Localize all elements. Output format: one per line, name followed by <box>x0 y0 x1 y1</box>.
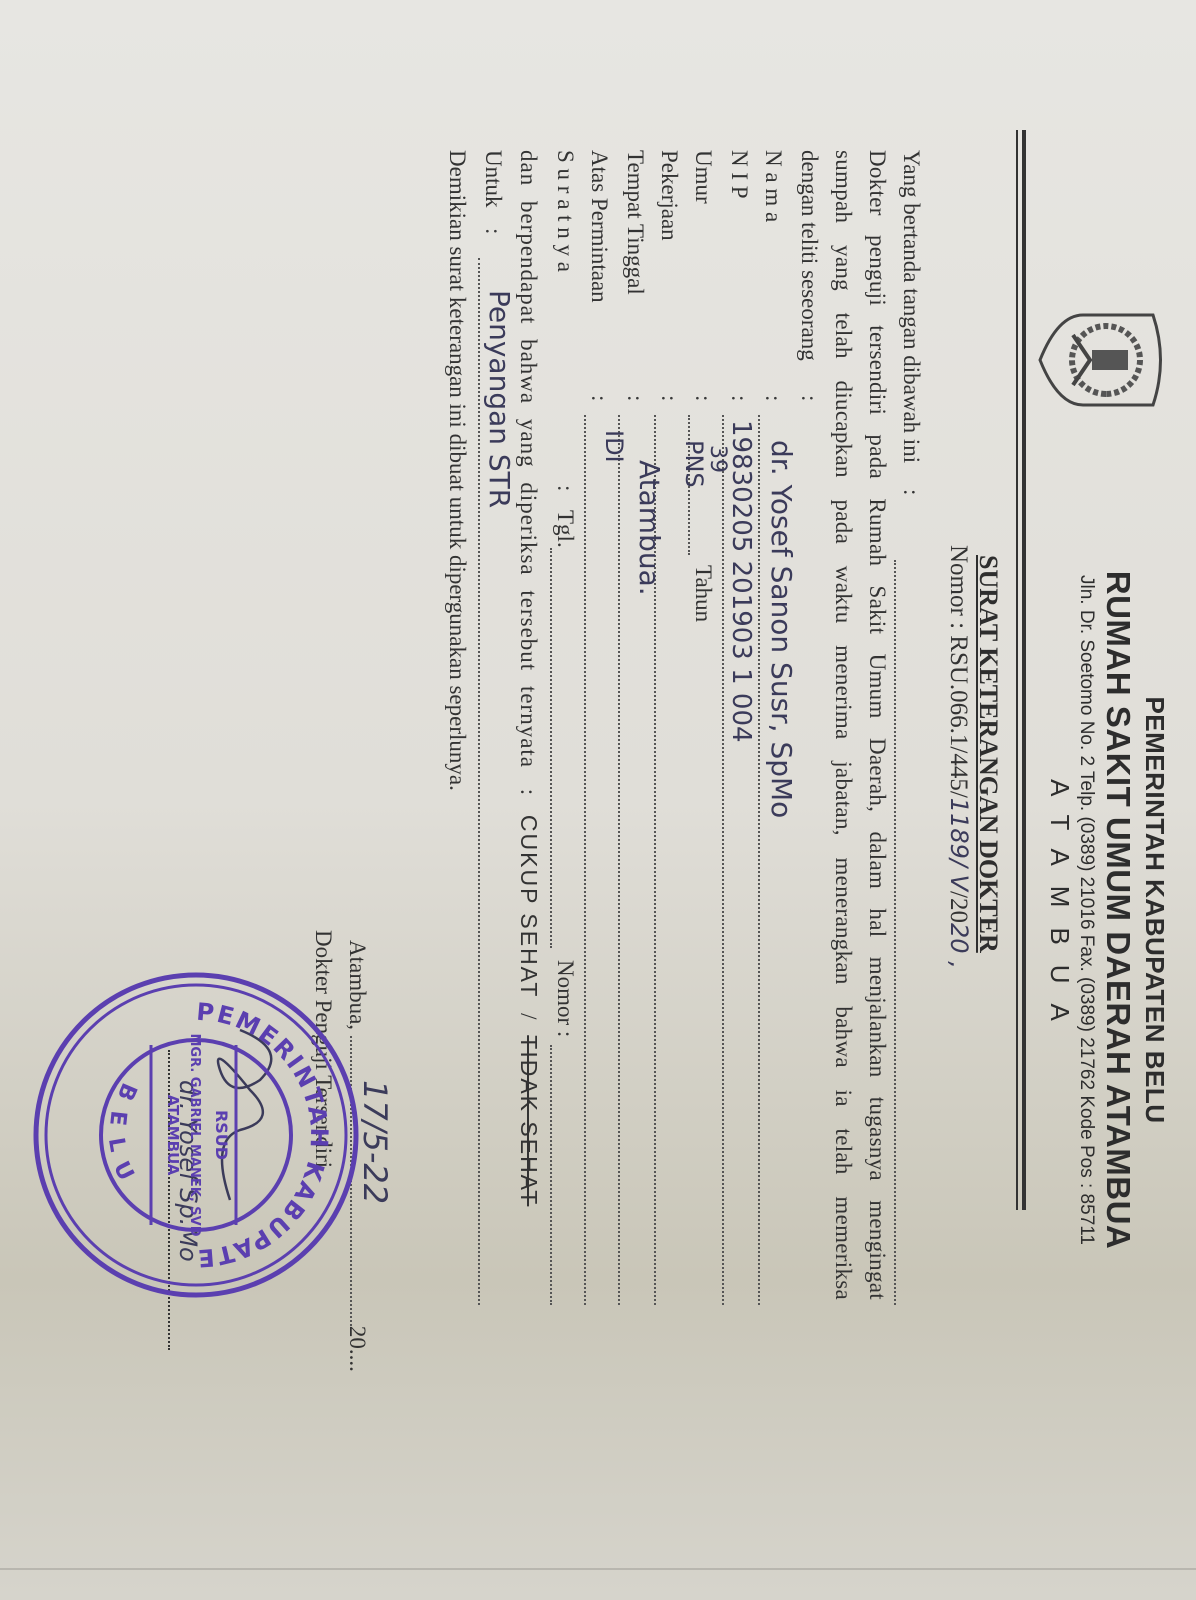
field-value-nip: 19830205 201903 1 004 <box>726 420 756 743</box>
field-label-nama: N a m a <box>760 150 786 222</box>
intro-text: Yang bertanda tangan dibawah ini <box>899 150 924 463</box>
field-label-nip: N I P <box>726 150 752 199</box>
colon: : <box>552 485 578 491</box>
field-value-untuk: Penyangan STR <box>483 290 516 508</box>
field-value-umur: 39 <box>705 445 730 473</box>
number-year: 20 , <box>945 923 973 969</box>
field-label-tempat-tinggal: Tempat Tinggal <box>622 150 648 295</box>
intro-text-3: dengan teliti seseorang <box>797 150 822 361</box>
result-not-healthy-struck: TIDAK SEHAT <box>516 1035 542 1206</box>
letterhead-rule-thin <box>1016 130 1018 1210</box>
field-value-atas-permintaan: IDI <box>600 430 628 463</box>
document-title: SURAT KETERANGAN DOKTER <box>973 555 1003 953</box>
number-suffix: /20 <box>945 891 972 923</box>
colon: : <box>760 395 786 401</box>
letterhead-rule <box>1022 130 1026 1210</box>
age-unit: Tahun <box>690 565 716 622</box>
dotted-line <box>618 415 620 1305</box>
colon: : <box>656 395 682 401</box>
number-label: Nomor : RSU.066.1/445/ <box>945 545 972 798</box>
svg-text:RSUD: RSUD <box>212 1110 231 1160</box>
field-label-suratnya: S u r a t n y a <box>552 150 578 272</box>
hospital-name: RUMAH SAKIT UMUM DAERAH ATAMBUA <box>1099 530 1137 1290</box>
dotted-line <box>550 1045 552 1305</box>
field-label-atas-permintaan: Atas Permintaan <box>586 150 612 303</box>
intro-line-1: Dokter penguji tersendiri pada Rumah Sak… <box>864 150 890 1300</box>
colon: : <box>796 395 822 401</box>
colon: : <box>622 395 648 401</box>
intro-line-3: dengan teliti seseorang <box>796 150 822 361</box>
government-name: PEMERINTAH KABUPATEN BELU <box>1139 530 1170 1290</box>
intro-colon: : <box>899 489 924 495</box>
intro-line-0: Yang bertanda tangan dibawah ini : <box>898 150 924 495</box>
conclusion-colon: : <box>516 789 541 796</box>
colon: : <box>726 395 752 401</box>
regency-emblem-icon <box>1038 305 1168 415</box>
colon: : <box>690 395 716 401</box>
dotted-line <box>722 415 724 1305</box>
tgl-label: Tgl. <box>552 510 578 548</box>
field-label-umur: Umur <box>690 150 716 204</box>
number-handwritten: 1189/ V <box>945 798 973 891</box>
conclusion-text: dan berpendapat bahwa yang diperiksa ter… <box>516 150 541 768</box>
dotted-line <box>550 548 552 948</box>
letterhead: PEMERINTAH KABUPATEN BELU RUMAH SAKIT UM… <box>1038 150 1178 1350</box>
dotted-line <box>758 415 760 1305</box>
page-edge <box>0 1568 1196 1570</box>
field-label-pekerjaan: Pekerjaan <box>656 150 682 241</box>
svg-text:MGR. GABRIEL MANEK, SVD: MGR. GABRIEL MANEK, SVD <box>187 1033 202 1236</box>
result-separator: / <box>516 1013 541 1020</box>
hospital-address: Jln. Dr. Soetomo No. 2 Telp. (0389) 2101… <box>1075 530 1097 1290</box>
document-number: Nomor : RSU.066.1/445/1189/ V/2020 , <box>944 545 973 969</box>
dotted-line <box>478 258 480 1305</box>
dotted-line <box>584 415 586 1305</box>
svg-text:ATAMBUA: ATAMBUA <box>164 1095 182 1176</box>
colon: : <box>586 395 612 401</box>
official-stamp-icon: PEMERINTAH KABUPATEN BELU BELU RSUD MGR.… <box>26 965 366 1305</box>
field-value-pekerjaan: PNS <box>680 440 708 488</box>
conclusion-line: dan berpendapat bahwa yang diperiksa ter… <box>515 150 542 1330</box>
medical-certificate-document: PEMERINTAH KABUPATEN BELU RUMAH SAKIT UM… <box>0 0 1196 1600</box>
nomor-label: Nomor : <box>552 960 578 1037</box>
year-suffix: 20.... <box>345 1326 370 1372</box>
letterhead-text: PEMERINTAH KABUPATEN BELU RUMAH SAKIT UM… <box>1044 530 1170 1290</box>
colon: : <box>480 228 506 234</box>
result-healthy: CUKUP SEHAT <box>516 815 542 998</box>
field-value-tempat-tinggal: Atambua. <box>633 460 666 596</box>
field-label-untuk: Untuk <box>480 150 506 208</box>
intro-line-2: sumpah yang telah diucapkan pada waktu m… <box>830 150 856 1300</box>
field-value-nama: dr. Yosef Sanon Susr, SpMo <box>765 440 798 818</box>
dotted-line <box>894 560 896 1305</box>
hospital-city: ATAMBUA <box>1044 530 1075 1290</box>
closing-statement: Demikian surat keterangan ini dibuat unt… <box>444 150 470 791</box>
